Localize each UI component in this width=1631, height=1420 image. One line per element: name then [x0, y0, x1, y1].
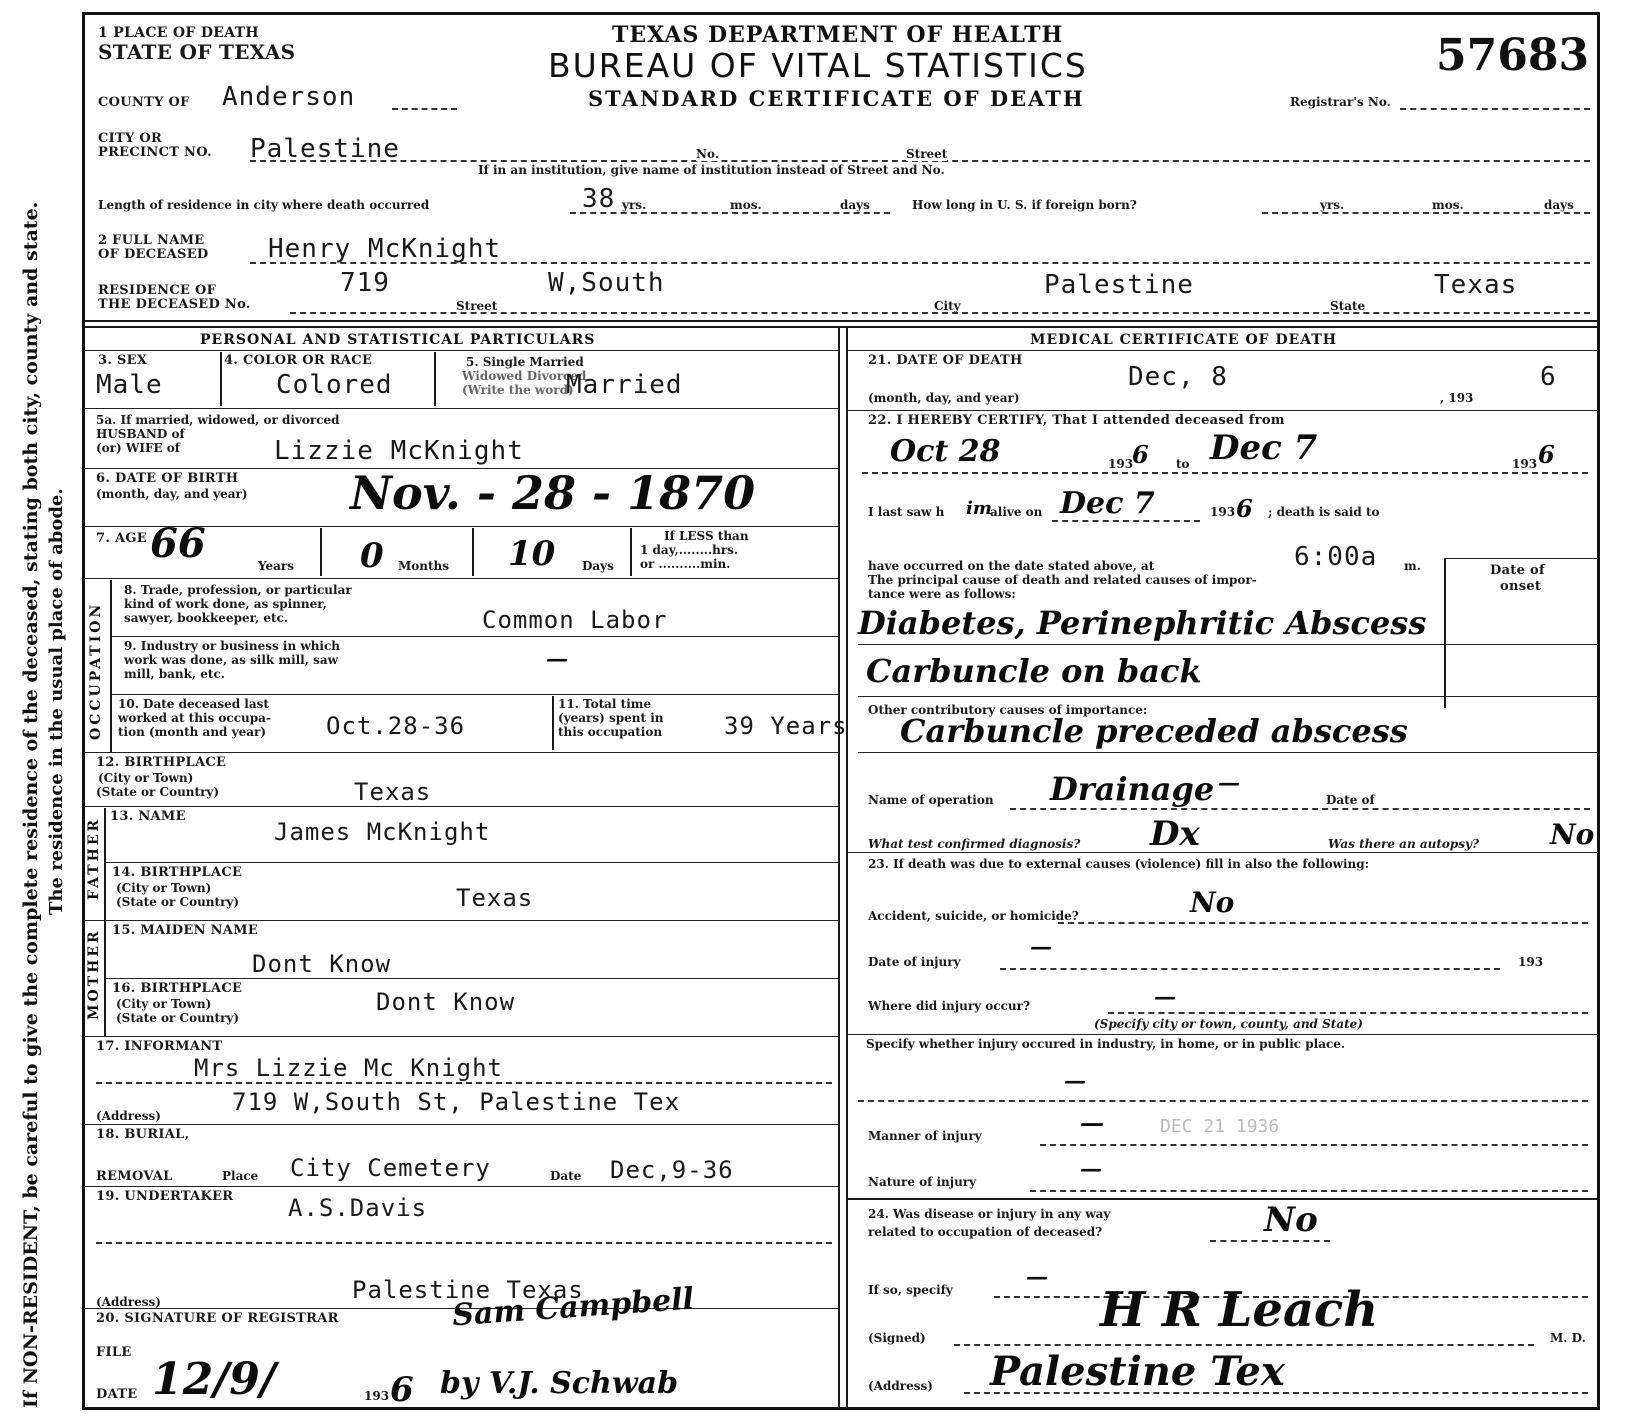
column-divider — [838, 326, 840, 1408]
spouse-label-3: (or) WIFE of — [96, 442, 180, 455]
operation-line — [1010, 808, 1590, 810]
birthplace-label-1: 12. BIRTHPLACE — [96, 756, 226, 770]
mother-divider — [104, 922, 106, 1036]
trade-label-1: 8. Trade, profession, or particular — [124, 584, 352, 597]
years-label: Years — [258, 560, 294, 573]
marital-label-3: (Write the word) — [462, 384, 574, 397]
operation-date-value: — — [1218, 770, 1240, 796]
death-date-label-2: (month, day, and year) — [868, 392, 1020, 405]
months-label: Months — [398, 560, 449, 573]
accident-label: Accident, suicide, or homicide? — [868, 910, 1079, 923]
dob-label-2: (month, day, and year) — [96, 488, 248, 501]
father-name-label: 13. NAME — [110, 810, 186, 824]
rule — [846, 410, 1598, 411]
informant-label: 17. INFORMANT — [96, 1040, 222, 1054]
city-label-2: PRECINCT NO. — [98, 146, 212, 160]
accident-line — [1058, 922, 1588, 924]
rule — [84, 1186, 838, 1187]
trade-value: Common Labor — [482, 606, 667, 634]
divider — [552, 696, 554, 750]
rule — [846, 852, 1598, 853]
margin-note-line2: The residence in the usual place of abod… — [46, 488, 67, 915]
accident-value: No — [1190, 886, 1234, 919]
form-title: STANDARD CERTIFICATE OF DEATH — [588, 86, 1085, 111]
nature-value: — — [1080, 1156, 1102, 1182]
attended-from-year-suffix: 6 — [1132, 440, 1149, 469]
informant-address-label: (Address) — [96, 1110, 161, 1123]
manner-label: Manner of injury — [868, 1130, 982, 1143]
occupation-related-value: No — [1264, 1200, 1318, 1240]
burial-date-label: Date — [550, 1170, 581, 1183]
age-years: 66 — [150, 520, 206, 567]
time-value: 6:00a — [1294, 542, 1377, 572]
spouse-label-2: HUSBAND of — [96, 428, 185, 441]
last-saw-line — [1052, 520, 1200, 522]
file-label: FILE — [96, 1346, 132, 1360]
attended-line — [862, 472, 1588, 474]
residence-days-label: days — [840, 199, 870, 212]
death-said-label: ; death is said to — [1268, 506, 1380, 519]
to-label: to — [1176, 458, 1190, 471]
mother-caption: MOTHER — [86, 928, 102, 1020]
marital-label-1: 5. Single Married — [466, 356, 584, 369]
name-label-1: 2 FULL NAME — [98, 234, 205, 248]
city-label-1: CITY OR — [98, 132, 162, 146]
rule — [84, 920, 838, 921]
injury-where-label: Where did injury occur? — [868, 1000, 1030, 1013]
last-saw-year-suffix: 6 — [1236, 494, 1253, 523]
section-rule-1 — [84, 320, 1598, 322]
dob-label-1: 6. DATE OF BIRTH — [96, 472, 238, 486]
total-time-value: 39 Years — [724, 712, 848, 740]
last-saw-label-2: alive on — [990, 506, 1042, 519]
section-rule-2 — [84, 326, 1598, 328]
county-value: Anderson — [222, 82, 355, 112]
residence-mos-label: mos. — [730, 199, 762, 212]
residence-yrs-label: yrs. — [622, 199, 646, 212]
race-label: 4. COLOR OR RACE — [224, 354, 372, 368]
rule — [84, 806, 838, 807]
file-date-label: DATE — [96, 1388, 137, 1402]
last-worked-value: Oct.28-36 — [326, 712, 465, 740]
injury-year: 193 — [1518, 956, 1543, 969]
attended-from-year: 193 — [1108, 458, 1133, 471]
rule — [846, 1034, 1598, 1035]
attended-to-year-suffix: 6 — [1538, 440, 1555, 469]
burial-place: City Cemetery — [290, 1154, 491, 1182]
injury-place-line — [858, 1100, 1588, 1102]
mother-maiden-value: Dont Know — [252, 950, 391, 978]
occupation-related-line — [1210, 1240, 1330, 1242]
injury-date-label: Date of injury — [868, 956, 961, 969]
external-label: 23. If death was due to external causes … — [868, 858, 1369, 871]
injury-where-line — [1108, 1012, 1588, 1014]
test-label: What test confirmed diagnosis? — [868, 838, 1080, 851]
physician-address-line — [964, 1392, 1588, 1394]
rule — [84, 1124, 838, 1125]
less-label-3: or ..........min. — [640, 558, 730, 571]
mother-maiden-label: 15. MAIDEN NAME — [112, 924, 258, 938]
test-value: Dx — [1150, 814, 1200, 854]
days-label: Days — [582, 560, 614, 573]
registrar-no-label: Registrar's No. — [1290, 96, 1391, 109]
physician-address-label: (Address) — [868, 1380, 933, 1393]
contributory-value: Carbuncle preceded abscess — [900, 712, 1408, 750]
less-label-2: 1 day,........hrs. — [640, 544, 738, 557]
rule — [846, 350, 1598, 351]
rule — [84, 1036, 838, 1037]
cause-line-2: Carbuncle on back — [866, 652, 1202, 690]
last-worked-label-2: worked at this occupa- — [118, 712, 271, 725]
foreign-yrs: yrs. — [1320, 199, 1344, 212]
rule — [858, 644, 1598, 645]
residence-number: 719 — [340, 268, 390, 298]
last-saw-pronoun: im — [966, 498, 992, 519]
physician-signature: H R Leach — [1100, 1282, 1378, 1338]
institution-note: If in an institution, give name of insti… — [478, 164, 945, 177]
cause-label-1: The principal cause of death and related… — [868, 574, 1257, 587]
mother-birthplace-label-3: (State or Country) — [116, 1012, 239, 1025]
burial-place-label: Place — [222, 1170, 258, 1183]
specify-value: — — [1026, 1264, 1048, 1290]
divider — [320, 528, 322, 576]
last-saw-label-1: I last saw h — [868, 506, 944, 519]
rule — [84, 752, 838, 753]
death-date-label-1: 21. DATE OF DEATH — [868, 354, 1023, 368]
industry-label-1: 9. Industry or business in which — [124, 640, 340, 653]
burial-label: 18. BURIAL, — [96, 1128, 189, 1142]
undertaker-label: 19. UNDERTAKER — [96, 1190, 233, 1204]
mother-birthplace-label-2: (City or Town) — [116, 998, 211, 1011]
autopsy-value: No — [1550, 818, 1594, 851]
foreign-label: How long in U. S. if foreign born? — [912, 199, 1137, 212]
certify-label: 22. I HEREBY CERTIFY, That I attended de… — [868, 414, 1285, 428]
sex-label: 3. SEX — [98, 354, 147, 368]
industry-label-3: mill, bank, etc. — [124, 668, 225, 681]
operation-value: Drainage — [1050, 770, 1214, 808]
residence-city: Palestine — [1044, 270, 1194, 300]
industry-label-2: work was done, as silk mill, saw — [124, 654, 338, 667]
md-label: M. D. — [1550, 1332, 1586, 1345]
am-label: m. — [1404, 560, 1421, 573]
spouse-value: Lizzie McKnight — [274, 436, 524, 466]
father-caption: FATHER — [86, 817, 102, 900]
operation-date-label: Date of — [1326, 794, 1375, 807]
residence-years: 38 — [582, 184, 615, 214]
foreign-days: days — [1544, 199, 1574, 212]
onset-divider — [1444, 558, 1446, 708]
death-year-prefix: , 193 — [1440, 392, 1473, 405]
foreign-mos: mos. — [1432, 199, 1464, 212]
manner-value: — — [1080, 1108, 1104, 1137]
total-time-label-2: (years) spent in — [558, 712, 664, 725]
signed-line — [954, 1344, 1534, 1346]
residence-line — [290, 312, 1590, 314]
nature-label: Nature of injury — [868, 1176, 976, 1189]
total-time-label-3: this occupation — [558, 726, 662, 739]
divider — [472, 528, 474, 576]
injury-where-value: — — [1154, 984, 1176, 1010]
birthplace-label-3: (State or Country) — [96, 786, 219, 799]
sex-value: Male — [96, 370, 163, 400]
occupation-related-label-1: 24. Was disease or injury in any way — [868, 1208, 1110, 1221]
informant-line — [96, 1082, 832, 1084]
onset-label-1: Date of — [1490, 564, 1545, 578]
divider — [220, 352, 222, 406]
age-months: 0 — [360, 536, 384, 576]
file-year-suffix: 6 — [390, 1370, 414, 1410]
file-year-prefix: 193 — [364, 1390, 389, 1403]
state-label: STATE OF TEXAS — [98, 42, 295, 62]
foreign-line — [1262, 212, 1590, 214]
registrar-sig-label: 20. SIGNATURE OF REGISTRAR — [96, 1312, 339, 1326]
margin-note-line1: If NON-RESIDENT, be careful to give the … — [20, 202, 42, 1408]
occupation-caption: OCCUPATION — [88, 602, 104, 740]
manner-line — [1040, 1144, 1588, 1146]
father-birthplace-label-3: (State or Country) — [116, 896, 239, 909]
injury-place-label: Specify whether injury occured in indust… — [866, 1038, 1345, 1051]
occurred-label: have occurred on the date stated above, … — [868, 560, 1154, 573]
industry-value: — — [546, 646, 568, 672]
burial-date: Dec,9-36 — [610, 1156, 734, 1184]
bureau-title: BUREAU OF VITAL STATISTICS — [548, 46, 1088, 85]
last-worked-label-1: 10. Date deceased last — [118, 698, 269, 711]
deputy-signature: by V.J. Schwab — [440, 1366, 678, 1401]
street-label: Street — [906, 148, 947, 161]
attended-to: Dec 7 — [1210, 428, 1317, 468]
rule — [104, 862, 838, 863]
father-divider — [104, 808, 106, 922]
rule — [84, 408, 838, 409]
father-birthplace-label-1: 14. BIRTHPLACE — [112, 866, 242, 880]
rule — [84, 350, 838, 351]
rule — [104, 978, 838, 979]
rule — [110, 636, 838, 637]
divider — [630, 528, 632, 576]
occupation-divider — [110, 580, 112, 752]
place-of-death-label: 1 PLACE OF DEATH — [98, 26, 259, 40]
no-label: No. — [696, 148, 719, 161]
father-birthplace-value: Texas — [456, 884, 533, 912]
signed-label: (Signed) — [868, 1332, 926, 1345]
physician-address: Palestine Tex — [990, 1348, 1285, 1395]
injury-date-value: — — [1030, 934, 1052, 960]
residence-street: W,South — [548, 268, 665, 298]
less-label-1: If LESS than — [664, 530, 749, 543]
last-saw-value: Dec 7 — [1060, 486, 1155, 521]
county-label: COUNTY OF — [98, 96, 190, 110]
certificate-number: 57683 — [1436, 30, 1589, 81]
residence-length-label: Length of residence in city where death … — [98, 199, 429, 212]
county-line — [392, 108, 457, 110]
father-name-value: James McKnight — [274, 818, 490, 846]
mother-birthplace-value: Dont Know — [376, 988, 515, 1016]
father-birthplace-label-2: (City or Town) — [116, 882, 211, 895]
informant-value: Mrs Lizzie Mc Knight — [194, 1054, 503, 1082]
total-time-label-1: 11. Total time — [558, 698, 651, 711]
specify-label: If so, specify — [868, 1284, 953, 1297]
attended-to-year: 193 — [1512, 458, 1537, 471]
age-days: 10 — [508, 534, 555, 574]
residence-label-1: RESIDENCE OF — [98, 284, 216, 298]
nature-line — [1030, 1190, 1588, 1192]
trade-label-3: sawyer, bookkeeper, etc. — [124, 612, 288, 625]
removal-label: REMOVAL — [96, 1170, 173, 1184]
marital-value: Married — [566, 370, 683, 400]
column-divider-2 — [846, 326, 848, 1408]
cause-line-1: Diabetes, Perinephritic Abscess — [858, 604, 1426, 642]
medical-section-title: MEDICAL CERTIFICATE OF DEATH — [1030, 332, 1337, 348]
undertaker-line — [96, 1242, 832, 1244]
residence-length-line — [570, 212, 890, 214]
personal-section-title: PERSONAL AND STATISTICAL PARTICULARS — [200, 332, 595, 348]
registrar-no-line — [1400, 108, 1590, 110]
onset-label-2: onset — [1500, 580, 1541, 594]
name-line — [250, 262, 1590, 264]
dob-value: Nov. - 28 - 1870 — [350, 466, 755, 520]
birthplace-label-2: (City or Town) — [98, 772, 193, 785]
operation-label: Name of operation — [868, 794, 994, 807]
undertaker-value: A.S.Davis — [288, 1194, 427, 1222]
injury-place-value: — — [1064, 1068, 1086, 1094]
rule — [846, 1198, 1598, 1200]
residence-state: Texas — [1434, 270, 1517, 300]
death-year-suffix: 6 — [1540, 362, 1557, 392]
onset-top-rule — [1444, 558, 1598, 559]
death-date-value: Dec, 8 — [1128, 362, 1228, 392]
last-saw-year: 193 — [1210, 506, 1235, 519]
deceased-name: Henry McKnight — [268, 234, 501, 264]
residence-label-2: THE DECEASED No. — [98, 298, 251, 312]
informant-address: 719 W,South St, Palestine Tex — [232, 1088, 680, 1116]
mother-birthplace-label-1: 16. BIRTHPLACE — [112, 982, 242, 996]
occupation-related-label-2: related to occupation of deceased? — [868, 1226, 1102, 1239]
spouse-label-1: 5a. If married, widowed, or divorced — [96, 414, 340, 427]
last-worked-label-3: tion (month and year) — [118, 726, 266, 739]
age-label: 7. AGE — [96, 532, 147, 546]
cause-label-2: tance were as follows: — [868, 588, 1016, 601]
dept-title: TEXAS DEPARTMENT OF HEALTH — [612, 22, 1063, 48]
birthplace-value: Texas — [354, 778, 431, 806]
rule — [84, 578, 838, 579]
injury-date-line — [1000, 968, 1500, 970]
name-label-2: OF DECEASED — [98, 248, 208, 262]
received-stamp: DEC 21 1936 — [1160, 1116, 1279, 1137]
autopsy-label: Was there an autopsy? — [1328, 838, 1479, 851]
file-date: 12/9/ — [152, 1354, 276, 1405]
attended-from: Oct 28 — [890, 434, 1000, 469]
trade-label-2: kind of work done, as spinner, — [124, 598, 327, 611]
rule — [858, 696, 1598, 697]
rule — [858, 752, 1598, 753]
race-value: Colored — [276, 370, 393, 400]
injury-where-note: (Specify city or town, county, and State… — [1094, 1018, 1363, 1031]
divider — [434, 352, 436, 406]
rule — [110, 694, 838, 695]
